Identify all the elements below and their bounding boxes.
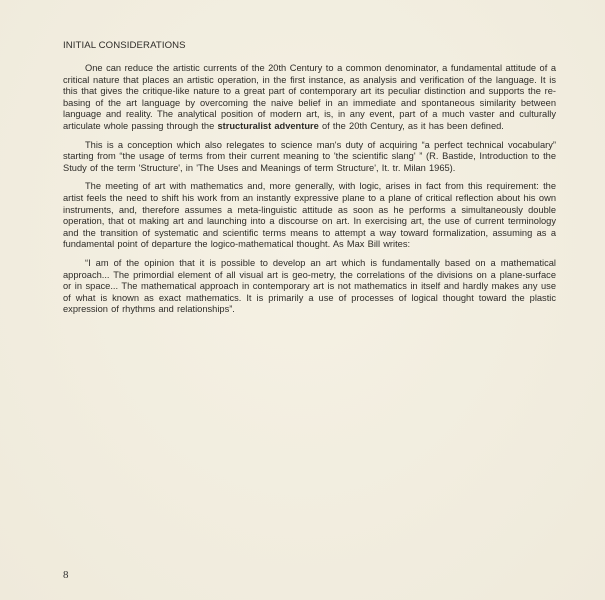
quote-max-bill: “I am of the opinion that it is possible… [63, 258, 556, 316]
section-heading: INITIAL CONSIDERATIONS [63, 40, 186, 51]
paragraph-bastide: This is a conception which also relegate… [63, 140, 556, 175]
body-text: One can reduce the artistic currents of … [63, 63, 556, 323]
paragraph-intro: One can reduce the artistic currents of … [63, 63, 556, 133]
paragraph-mathematics: The meeting of art with mathematics and,… [63, 181, 556, 251]
page-number: 8 [63, 569, 69, 581]
document-page: INITIAL CONSIDERATIONS One can reduce th… [0, 0, 605, 600]
emphasis-structuralist: structuralist adventure [217, 121, 318, 131]
